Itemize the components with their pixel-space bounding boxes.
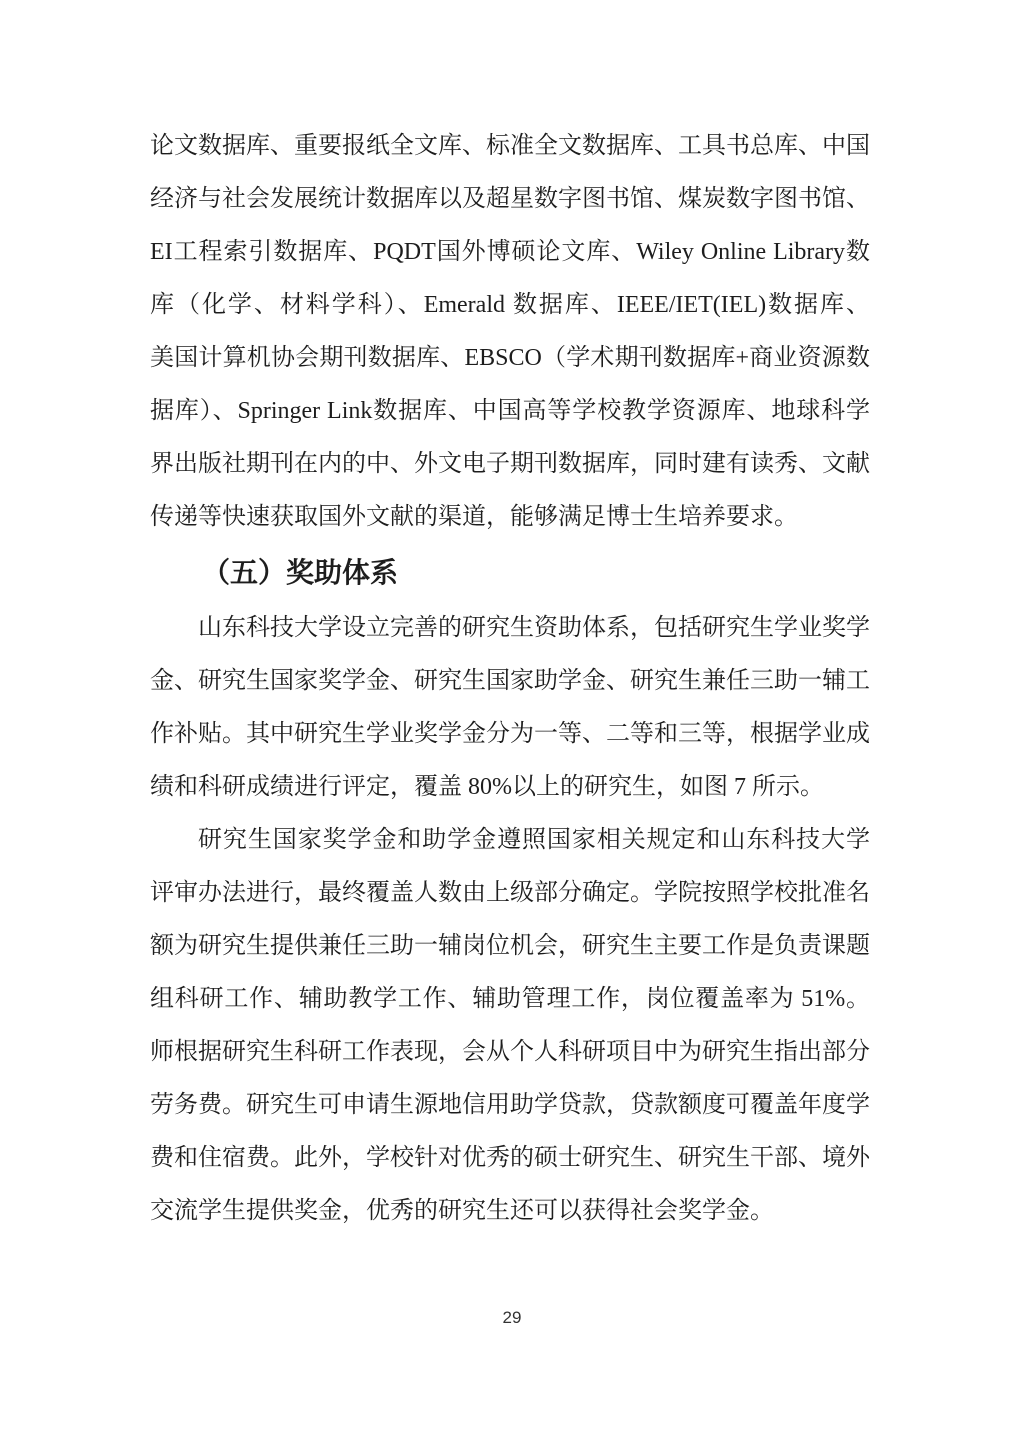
text-line: 绩和科研成绩进行评定，覆盖 80%以上的研究生，如图 7 所示。 [150, 761, 870, 814]
document-page: 论文数据库、重要报纸全文库、标准全文数据库、工具书总库、中国 经济与社会发展统计… [0, 0, 1024, 1448]
text-line: 研究生国家奖学金和助学金遵照国家相关规定和山东科技大学 [150, 814, 870, 867]
section-heading: （五）奖助体系 [202, 546, 870, 602]
paragraph-funding-system: 山东科技大学设立完善的研究生资助体系，包括研究生学业奖学 金、研究生国家奖学金、… [150, 602, 870, 814]
text-line: 界出版社期刊在内的中、外文电子期刊数据库，同时建有读秀、文献 [150, 438, 870, 491]
paragraph-scholarship-details: 研究生国家奖学金和助学金遵照国家相关规定和山东科技大学 评审办法进行，最终覆盖人… [150, 814, 870, 1238]
text-line: 传递等快速获取国外文献的渠道，能够满足博士生培养要求。 [150, 491, 870, 544]
text-line: 劳务费。研究生可申请生源地信用助学贷款，贷款额度可覆盖年度学 [150, 1079, 870, 1132]
text-line: 师根据研究生科研工作表现，会从个人科研项目中为研究生指出部分 [150, 1026, 870, 1079]
paragraph-databases: 论文数据库、重要报纸全文库、标准全文数据库、工具书总库、中国 经济与社会发展统计… [150, 120, 870, 544]
text-line: 作补贴。其中研究生学业奖学金分为一等、二等和三等，根据学业成 [150, 708, 870, 761]
page-number: 29 [0, 1305, 1024, 1331]
text-line: 美国计算机协会期刊数据库、EBSCO（学术期刊数据库+商业资源数 [150, 332, 870, 385]
text-line: 山东科技大学设立完善的研究生资助体系，包括研究生学业奖学 [150, 602, 870, 655]
text-line: 评审办法进行，最终覆盖人数由上级部分确定。学院按照学校批准名 [150, 867, 870, 920]
text-line: 交流学生提供奖金，优秀的研究生还可以获得社会奖学金。 [150, 1185, 870, 1238]
text-line: 经济与社会发展统计数据库以及超星数字图书馆、煤炭数字图书馆、 [150, 173, 870, 226]
text-line: 金、研究生国家奖学金、研究生国家助学金、研究生兼任三助一辅工 [150, 655, 870, 708]
text-line: 库（化学、材料学科）、Emerald 数据库、IEEE/IET(IEL)数据库、… [150, 279, 870, 332]
text-line: 论文数据库、重要报纸全文库、标准全文数据库、工具书总库、中国 [150, 120, 870, 173]
text-line: 额为研究生提供兼任三助一辅岗位机会，研究生主要工作是负责课题 [150, 920, 870, 973]
text-block: 论文数据库、重要报纸全文库、标准全文数据库、工具书总库、中国 经济与社会发展统计… [150, 120, 870, 1238]
text-line: 据库）、Springer Link数据库、中国高等学校教学资源库、地球科学世 [150, 385, 870, 438]
text-line: EI工程索引数据库、PQDT国外博硕论文库、Wiley Online Libra… [150, 226, 870, 279]
text-line: 费和住宿费。此外，学校针对优秀的硕士研究生、研究生干部、境外 [150, 1132, 870, 1185]
text-line: 组科研工作、辅助教学工作、辅助管理工作，岗位覆盖率为 51%。导 [150, 973, 870, 1026]
